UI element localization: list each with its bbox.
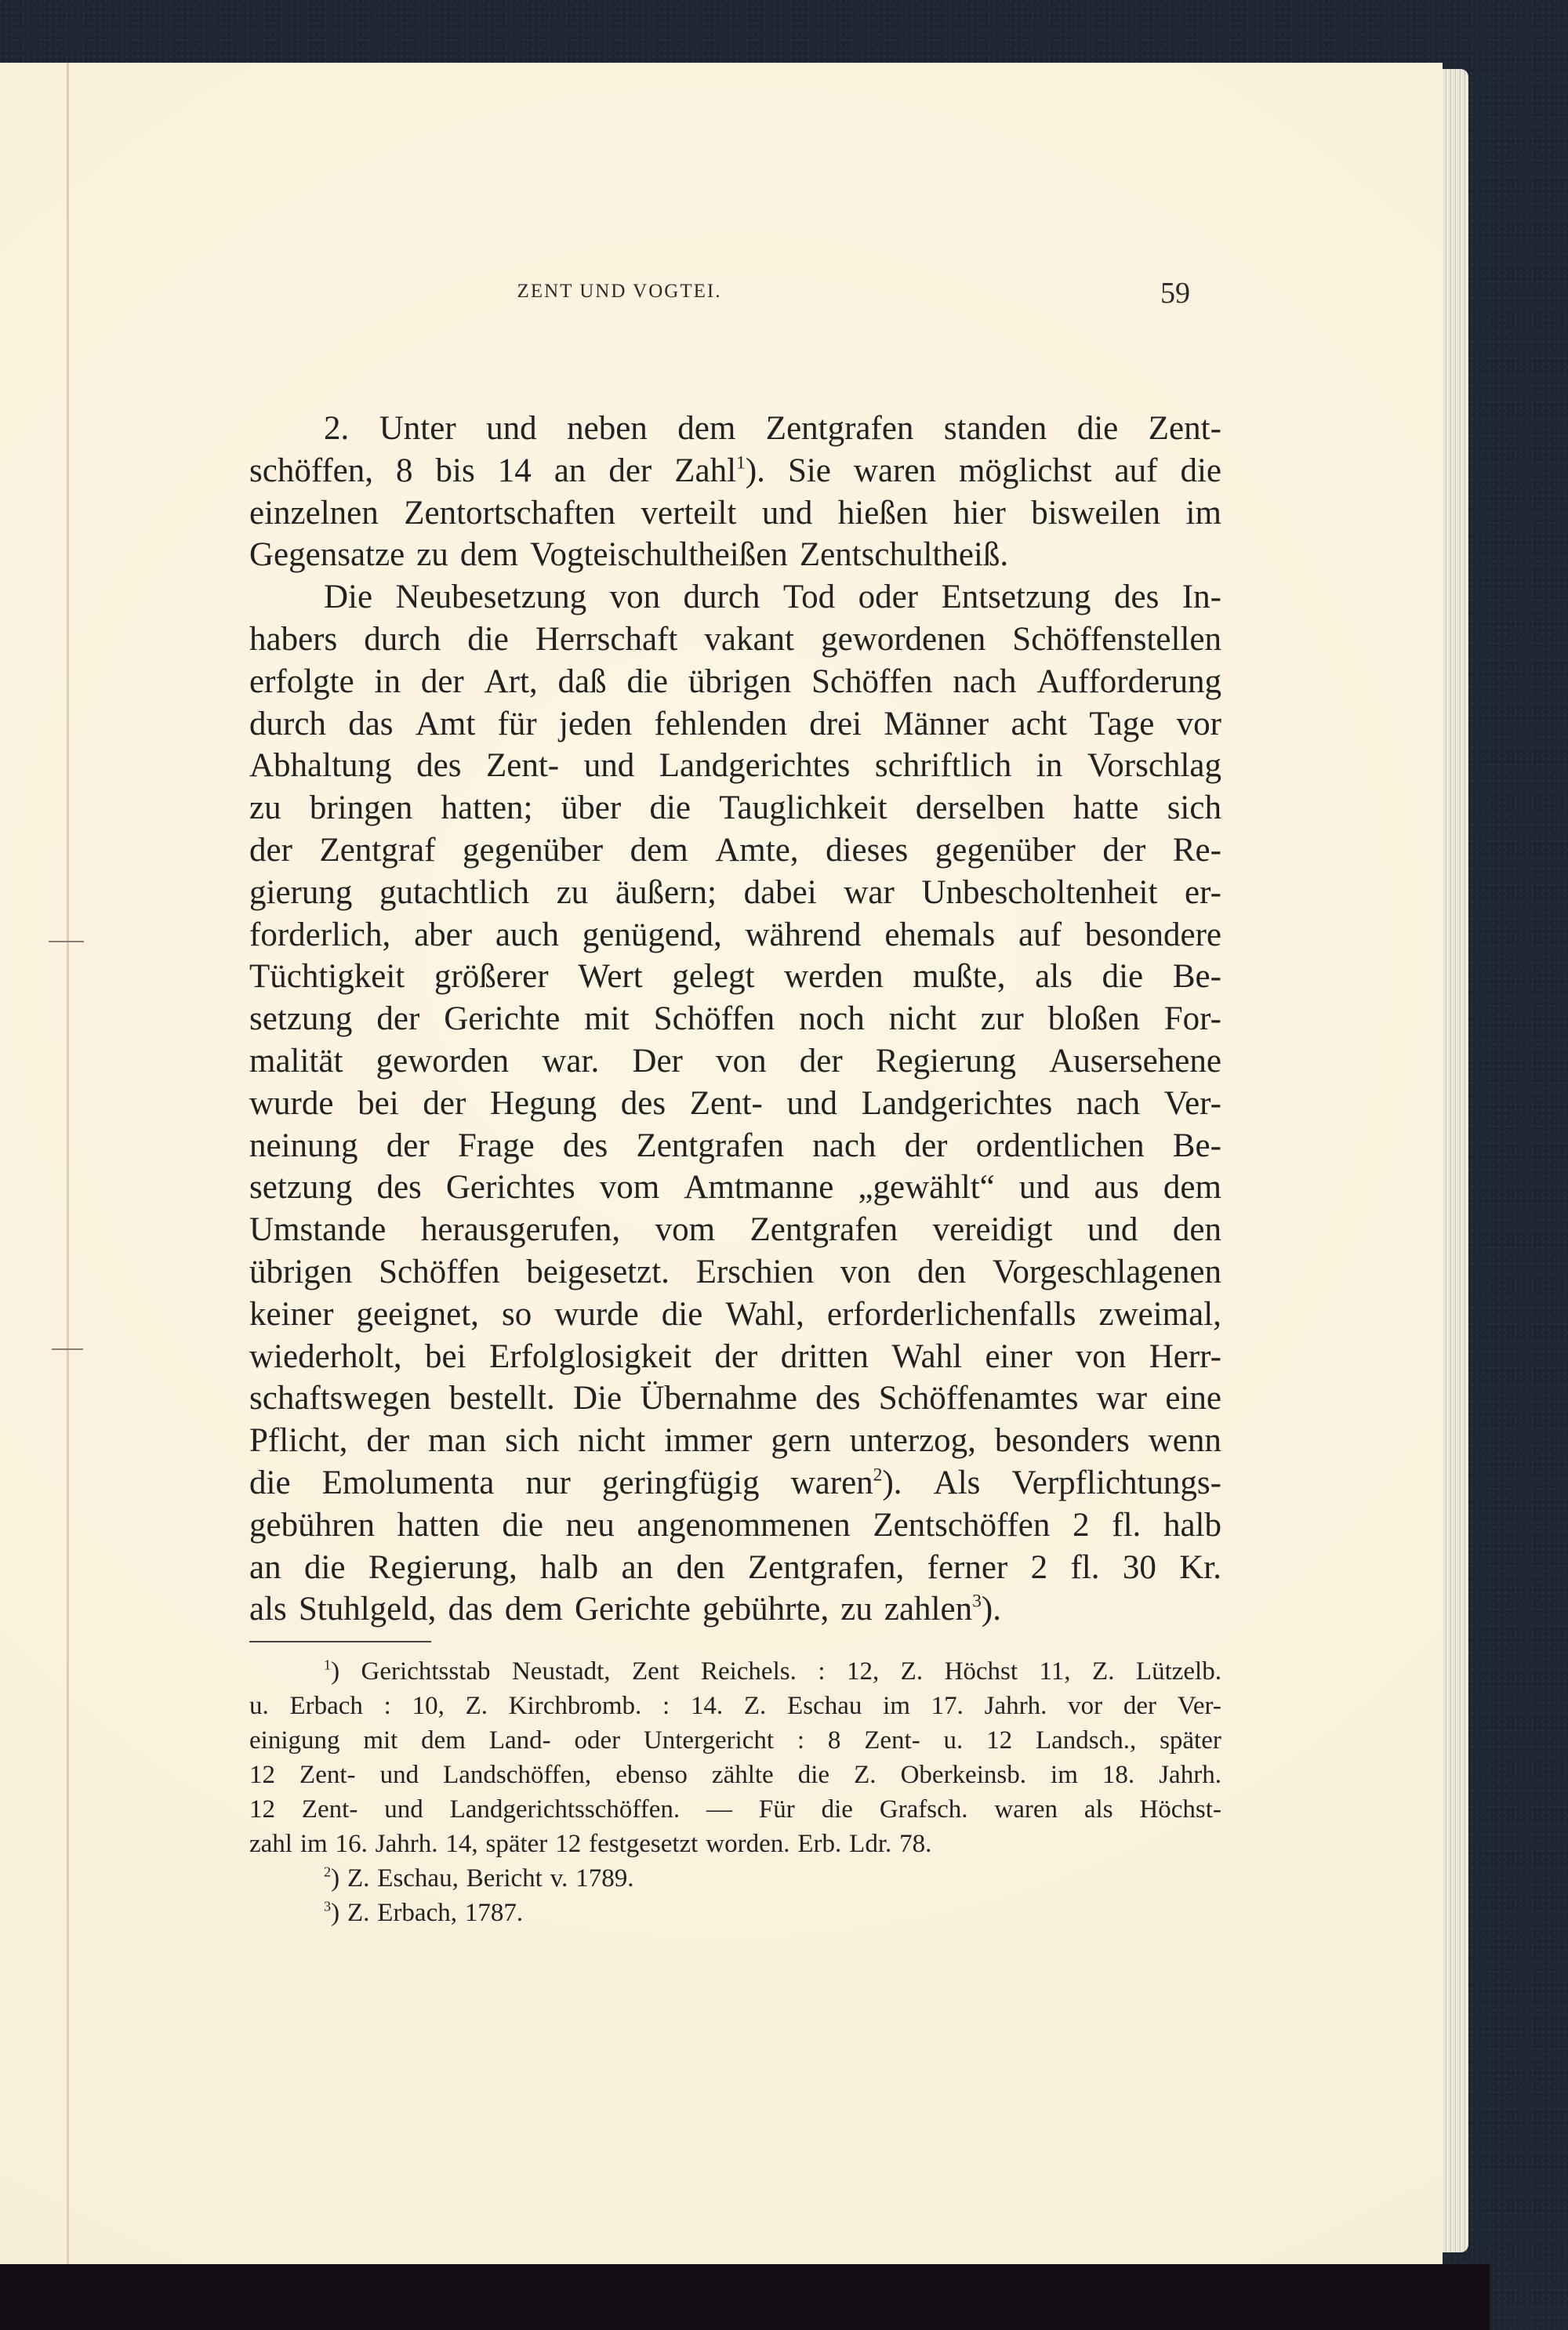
word: erforderlichenfalls: [827, 1294, 1076, 1336]
word: Pflicht,: [249, 1420, 347, 1462]
word: bei: [358, 1083, 399, 1125]
body-text: 2.UnterundnebendemZentgrafenstandendieZe…: [249, 408, 1221, 1631]
word: Zent-: [302, 1792, 358, 1827]
word: waren: [854, 450, 936, 492]
word: des: [416, 745, 461, 787]
word: bei: [425, 1336, 466, 1378]
running-head: ZENT UND VOGTEI. 59: [0, 281, 1443, 312]
word: sich: [1167, 787, 1221, 829]
footnote-marker: 1: [736, 452, 746, 473]
word: Sie: [788, 450, 831, 492]
word: 1): [324, 1654, 339, 1689]
word: Frage: [458, 1125, 535, 1167]
word: vakant: [704, 619, 794, 661]
word: vor: [1068, 1689, 1102, 1723]
word: der: [423, 1083, 466, 1125]
word: Männer: [884, 703, 989, 746]
word: Erfolglosigkeit: [489, 1336, 691, 1378]
word: Verpflichtungs-: [1011, 1462, 1221, 1504]
word: Tüchtigkeit: [249, 956, 405, 998]
text-line: wiederholt,beiErfolglosigkeitderdrittenW…: [249, 1336, 1221, 1378]
text-line: TüchtigkeitgrößererWertgelegtwerdenmußte…: [249, 956, 1221, 998]
word: Gegensatze: [249, 534, 405, 576]
text-line: übrigenSchöffenbeigesetzt.Erschienvonden…: [249, 1251, 1221, 1294]
footnote-marker: 3: [324, 1898, 331, 1914]
word: einzelnen: [249, 492, 379, 535]
word: Landschöffen,: [443, 1758, 591, 1792]
word: zu: [557, 872, 589, 914]
word: der: [366, 1420, 409, 1462]
word: den: [1173, 1209, 1221, 1251]
word: bringen: [310, 787, 412, 829]
word: des: [815, 1377, 860, 1420]
word: später: [1160, 1723, 1221, 1758]
word: der: [249, 829, 292, 872]
word: in: [375, 661, 401, 703]
word: derselben: [916, 787, 1045, 829]
word: 14: [498, 450, 532, 492]
word: Neustadt,: [512, 1654, 611, 1689]
word: 1789.: [575, 1861, 633, 1896]
word: und: [584, 745, 635, 787]
word: Gerichtes: [446, 1167, 575, 1209]
word: Gerichtsstab: [361, 1654, 491, 1689]
word: 8: [828, 1723, 841, 1758]
word: Zentortschaften: [404, 492, 615, 535]
bottom-shadow: [0, 2264, 1490, 2330]
word: und: [384, 1792, 423, 1827]
word: Landgerichtsschöffen.: [450, 1792, 681, 1827]
word: auf: [1115, 450, 1158, 492]
footnote-line: 1)GerichtsstabNeustadt,ZentReichels.:12,…: [249, 1654, 1221, 1689]
word: genügend,: [583, 914, 722, 956]
word: der: [421, 661, 464, 703]
word: als: [1035, 956, 1073, 998]
word: eine: [1165, 1377, 1221, 1420]
footnote-line: 12Zent-undLandgerichtsschöffen.—FürdieGr…: [249, 1792, 1221, 1827]
text-line: AbhaltungdesZent-undLandgerichtesschrift…: [249, 745, 1221, 787]
word: neben: [567, 408, 648, 450]
word: durch: [364, 619, 441, 661]
word: der: [714, 1336, 757, 1378]
word: keiner: [249, 1294, 333, 1336]
text-line: keinergeeignet,sowurdedieWahl,erforderli…: [249, 1294, 1221, 1336]
word: waren2).: [791, 1462, 902, 1504]
word: dem: [460, 534, 518, 576]
word: hatten;: [441, 787, 532, 829]
word: Zent-: [690, 1083, 763, 1125]
text-line: zubringenhatten;überdieTauglichkeitderse…: [249, 787, 1221, 829]
word: für: [498, 703, 537, 746]
word: Wert: [578, 956, 643, 998]
word: zählte: [712, 1758, 774, 1792]
word: Erbach,: [377, 1896, 457, 1930]
word: Z.: [466, 1689, 488, 1723]
word: an: [249, 1547, 281, 1589]
text-line: Umstandeherausgerufen,vomZentgrafenverei…: [249, 1209, 1221, 1251]
text-line: schöffen,8bis14anderZahl1).Siewarenmögli…: [249, 450, 1221, 492]
word: und: [787, 1083, 838, 1125]
word: Höchst-: [1139, 1792, 1221, 1827]
word: einer: [985, 1336, 1052, 1378]
word: die: [822, 1792, 853, 1827]
text-line: habersdurchdieHerrschaftvakantgewordenen…: [249, 619, 1221, 661]
footnotes: 1)GerichtsstabNeustadt,ZentReichels.:12,…: [249, 1654, 1221, 1930]
word: Z.: [744, 1689, 766, 1723]
word: in: [1036, 745, 1062, 787]
word: nur: [525, 1462, 570, 1504]
word: zu: [840, 1588, 873, 1631]
word: 30: [1123, 1547, 1156, 1589]
word: war.: [542, 1040, 599, 1083]
word: Landgerichtes: [659, 745, 851, 787]
word: die: [1077, 408, 1119, 450]
word: Erb.: [797, 1827, 841, 1861]
word: 11,: [1040, 1654, 1071, 1689]
word: der: [387, 1125, 430, 1167]
word: Die: [573, 1377, 622, 1420]
word: ferner: [927, 1547, 1008, 1589]
word: werden: [784, 956, 884, 998]
word: hatte: [1073, 787, 1139, 829]
word: Erbach: [289, 1689, 362, 1723]
word: Stuhlgeld,: [299, 1588, 437, 1631]
word: Ver-: [1178, 1689, 1221, 1723]
word: dem: [677, 408, 735, 450]
word: der: [376, 998, 419, 1040]
word: hatten: [397, 1504, 480, 1547]
word: Höchst: [945, 1654, 1018, 1689]
text-line: 2.UnterundnebendemZentgrafenstandendieZe…: [249, 408, 1221, 450]
word: durch: [684, 576, 760, 619]
text-line: setzungdesGerichtesvomAmtmanne„gewählt“u…: [249, 1167, 1221, 1209]
word: mit: [584, 998, 629, 1040]
word: Landsch.,: [1036, 1723, 1136, 1758]
text-line: gierunggutachtlichzuäußern;dabeiwarUnbes…: [249, 872, 1221, 914]
word: die: [502, 1504, 543, 1547]
word: unterzog,: [850, 1420, 976, 1462]
word: des: [1114, 576, 1159, 619]
word: hier: [953, 492, 1006, 535]
word: gebühren: [249, 1504, 375, 1547]
word: zahlen3).: [884, 1588, 1001, 1631]
word: 2.: [324, 408, 349, 450]
word: Zent-: [1149, 408, 1221, 450]
word: Tage: [1089, 703, 1154, 746]
text-line: Pflicht,dermansichnichtimmergernunterzog…: [249, 1420, 1221, 1462]
word: 14,: [445, 1827, 477, 1861]
word: Die: [324, 576, 372, 619]
word: Zentschöffen: [873, 1504, 1050, 1547]
word: geeignet,: [357, 1294, 479, 1336]
word: mit: [363, 1723, 397, 1758]
word: gutachtlich: [379, 872, 529, 914]
word: setzung: [249, 998, 352, 1040]
word: dem: [1163, 1167, 1221, 1209]
word: Gerichte: [575, 1588, 691, 1631]
text-line: einzelnenZentortschaftenverteiltundhieße…: [249, 492, 1221, 535]
text-line: DieNeubesetzungvondurchTododerEntsetzung…: [249, 576, 1221, 619]
page-stack-edges: [1439, 69, 1468, 2252]
word: der: [1102, 829, 1145, 872]
word: Land-: [489, 1723, 551, 1758]
word: ordentlichen: [976, 1125, 1145, 1167]
word: Untergericht: [644, 1723, 774, 1758]
page-number: 59: [1160, 276, 1190, 310]
word: Jahrh.: [1159, 1758, 1221, 1792]
word: herausgerufen,: [421, 1209, 620, 1251]
word: oder: [858, 576, 918, 619]
word: 14.: [691, 1689, 723, 1723]
word: Zent-: [864, 1723, 920, 1758]
word: jeden: [559, 703, 632, 746]
word: Re-: [1173, 829, 1221, 872]
word: geringfügig: [602, 1462, 760, 1504]
word: an: [622, 1547, 654, 1589]
word: war: [844, 872, 894, 914]
word: Wahl: [891, 1336, 962, 1378]
word: Zent: [632, 1654, 679, 1689]
word: forderlich,: [249, 914, 390, 956]
word: und: [1019, 1167, 1070, 1209]
word: Vogteischultheißen: [530, 534, 788, 576]
footnote-marker: 3: [972, 1591, 982, 1612]
word: Zentgrafen,: [748, 1547, 904, 1589]
word: war: [1097, 1377, 1147, 1420]
word: mußte,: [913, 956, 1005, 998]
word: drei: [809, 703, 862, 746]
word: halb: [1163, 1504, 1221, 1547]
word: Eschau,: [377, 1861, 459, 1896]
word: :: [662, 1689, 670, 1723]
word: dem: [505, 1588, 563, 1631]
word: er-: [1185, 872, 1221, 914]
word: die: [662, 1294, 703, 1336]
word: Der: [632, 1040, 682, 1083]
word: bisweilen: [1031, 492, 1160, 535]
word: dem: [630, 829, 688, 872]
word: gelegt: [672, 956, 754, 998]
footnote-rule: [249, 1641, 431, 1642]
word: später: [486, 1827, 548, 1861]
word: Schöffen: [379, 1251, 499, 1294]
word: von: [1076, 1336, 1127, 1378]
word: Art,: [485, 661, 538, 703]
word: schaftswegen: [249, 1377, 431, 1420]
word: Zentgrafen: [750, 1209, 898, 1251]
word: v.: [550, 1861, 568, 1896]
word: u.: [249, 1689, 269, 1723]
word: Oberkeinsb.: [901, 1758, 1026, 1792]
word: Regierung,: [368, 1547, 517, 1589]
footnote-line: einigungmitdemLand-oderUntergericht:8Zen…: [249, 1723, 1221, 1758]
text-line: erfolgteinderArt,daßdieübrigenSchöffenna…: [249, 661, 1221, 703]
word: 1787.: [465, 1896, 523, 1930]
word: Amtmanne: [684, 1167, 833, 1209]
word: Zahl1).: [674, 450, 765, 492]
word: 78.: [899, 1827, 931, 1861]
word: Ver-: [1164, 1083, 1221, 1125]
word: oder: [574, 1723, 620, 1758]
footnote-line: 3)Z.Erbach,1787.: [249, 1896, 1221, 1930]
footnote-line: zahlim16.Jahrh.14,später12festgesetztwor…: [249, 1827, 1221, 1861]
word: Ldr.: [849, 1827, 891, 1861]
word: über: [561, 787, 621, 829]
word: der: [1123, 1689, 1156, 1723]
word: als: [1084, 1792, 1113, 1827]
word: worden.: [706, 1827, 789, 1861]
word: der: [905, 1125, 948, 1167]
word: Zentgrafen: [636, 1125, 784, 1167]
word: Neubesetzung: [396, 576, 587, 619]
word: 10,: [412, 1689, 445, 1723]
word: zur: [981, 998, 1024, 1040]
word: neinung: [249, 1125, 358, 1167]
word: Be-: [1173, 1125, 1221, 1167]
word: Vorschlag: [1087, 745, 1221, 787]
text-line: dieEmolumentanurgeringfügigwaren2).AlsVe…: [249, 1462, 1221, 1504]
word: bestellt.: [449, 1377, 555, 1420]
word: beigesetzt.: [526, 1251, 670, 1294]
word: wurde: [554, 1294, 638, 1336]
word: auch: [495, 914, 559, 956]
word: dabei: [744, 872, 817, 914]
word: die: [649, 787, 691, 829]
word: 2: [1031, 1547, 1048, 1589]
word: die: [798, 1758, 829, 1792]
word: den: [676, 1547, 724, 1589]
word: 2: [1073, 1504, 1090, 1547]
word: neu: [566, 1504, 615, 1547]
footnote-line: 2)Z.Eschau,Berichtv.1789.: [249, 1861, 1221, 1896]
word: so: [502, 1294, 532, 1336]
word: zu: [416, 534, 448, 576]
word: wenn: [1149, 1420, 1221, 1462]
word: 3): [324, 1896, 339, 1930]
word: möglichst: [959, 450, 1092, 492]
word: 2): [324, 1861, 339, 1896]
word: 16.: [336, 1827, 368, 1861]
word: standen: [944, 408, 1047, 450]
word: For-: [1164, 998, 1221, 1040]
word: Z.: [1092, 1654, 1114, 1689]
word: gegenüber: [935, 829, 1076, 872]
word: hießen: [838, 492, 928, 535]
word: Umstande: [249, 1209, 386, 1251]
word: Z.: [854, 1758, 876, 1792]
word: zweimal,: [1099, 1294, 1221, 1336]
running-title: ZENT UND VOGTEI.: [502, 281, 737, 303]
word: schriftlich: [875, 745, 1011, 787]
word: die: [626, 661, 668, 703]
word: fl.: [1070, 1547, 1099, 1589]
word: Übernahme: [640, 1377, 797, 1420]
word: nach: [953, 661, 1016, 703]
text-line: neinungderFragedesZentgrafennachderorden…: [249, 1125, 1221, 1167]
word: Be-: [1173, 956, 1221, 998]
word: des: [621, 1083, 666, 1125]
word: 8: [396, 450, 413, 492]
word: bloßen: [1048, 998, 1140, 1040]
word: der: [800, 1040, 843, 1083]
word: setzung: [249, 1167, 352, 1209]
word: vor: [1177, 703, 1221, 746]
word: bis: [436, 450, 475, 492]
word: Schöffenstellen: [1012, 619, 1221, 661]
word: die: [1102, 956, 1144, 998]
word: die: [304, 1547, 346, 1589]
word: Kr.: [1179, 1547, 1221, 1589]
word: wiederholt,: [249, 1336, 402, 1378]
word: als: [249, 1588, 287, 1631]
word: Tauglichkeit: [719, 787, 887, 829]
text-line: GegensatzezudemVogteischultheißenZentsch…: [249, 534, 1221, 576]
word: übrigen: [249, 1251, 352, 1294]
word: halb: [540, 1547, 598, 1589]
word: Z.: [347, 1861, 369, 1896]
word: 18.: [1102, 1758, 1134, 1792]
word: Für: [759, 1792, 795, 1827]
word: einigung: [249, 1723, 339, 1758]
margin-mark: [49, 941, 84, 942]
word: der: [608, 450, 652, 492]
word: Wahl,: [725, 1294, 804, 1336]
word: 17.: [931, 1689, 964, 1723]
word: äußern;: [615, 872, 717, 914]
word: 12: [249, 1758, 275, 1792]
word: u.: [944, 1723, 964, 1758]
word: Eschau: [787, 1689, 862, 1723]
word: „gewählt“: [858, 1167, 994, 1209]
word: Herr-: [1149, 1336, 1221, 1378]
word: zu: [249, 787, 281, 829]
word: Emolumenta: [322, 1462, 495, 1504]
word: das: [448, 1588, 492, 1631]
word: Zent-: [299, 1758, 355, 1792]
word: zahl: [249, 1827, 292, 1861]
book-page: ZENT UND VOGTEI. 59 2.UnterundnebendemZe…: [0, 63, 1443, 2264]
word: ehemals: [884, 914, 995, 956]
word: im: [883, 1689, 910, 1723]
text-line: andieRegierung,halbandenZentgrafen,ferne…: [249, 1547, 1221, 1589]
word: malität: [249, 1040, 343, 1083]
word: 12: [555, 1827, 581, 1861]
word: festgesetzt: [589, 1827, 698, 1861]
word: schöffen,: [249, 450, 373, 492]
word: nicht: [889, 998, 956, 1040]
text-line: schaftswegenbestellt.DieÜbernahmedesSchö…: [249, 1377, 1221, 1420]
text-line: forderlich,aberauchgenügend,währendehema…: [249, 914, 1221, 956]
word: fl.: [1112, 1504, 1141, 1547]
word: Amte,: [715, 829, 798, 872]
word: —: [706, 1792, 732, 1827]
word: vom: [600, 1167, 659, 1209]
word: Herrschaft: [535, 619, 677, 661]
word: Landgerichtes: [862, 1083, 1053, 1125]
word: noch: [799, 998, 865, 1040]
word: Als: [934, 1462, 981, 1504]
word: Grafsch.: [880, 1792, 968, 1827]
footnote-line: u.Erbach:10,Z.Kirchbromb.:14.Z.Eschauim1…: [249, 1689, 1221, 1723]
word: Z.: [901, 1654, 923, 1689]
word: dieses: [826, 829, 908, 872]
word: Schöffen: [654, 998, 775, 1040]
word: Hegung: [490, 1083, 597, 1125]
word: von: [716, 1040, 767, 1083]
word: Tod: [783, 576, 835, 619]
word: die: [249, 1462, 291, 1504]
word: Aufforderung: [1036, 661, 1221, 703]
